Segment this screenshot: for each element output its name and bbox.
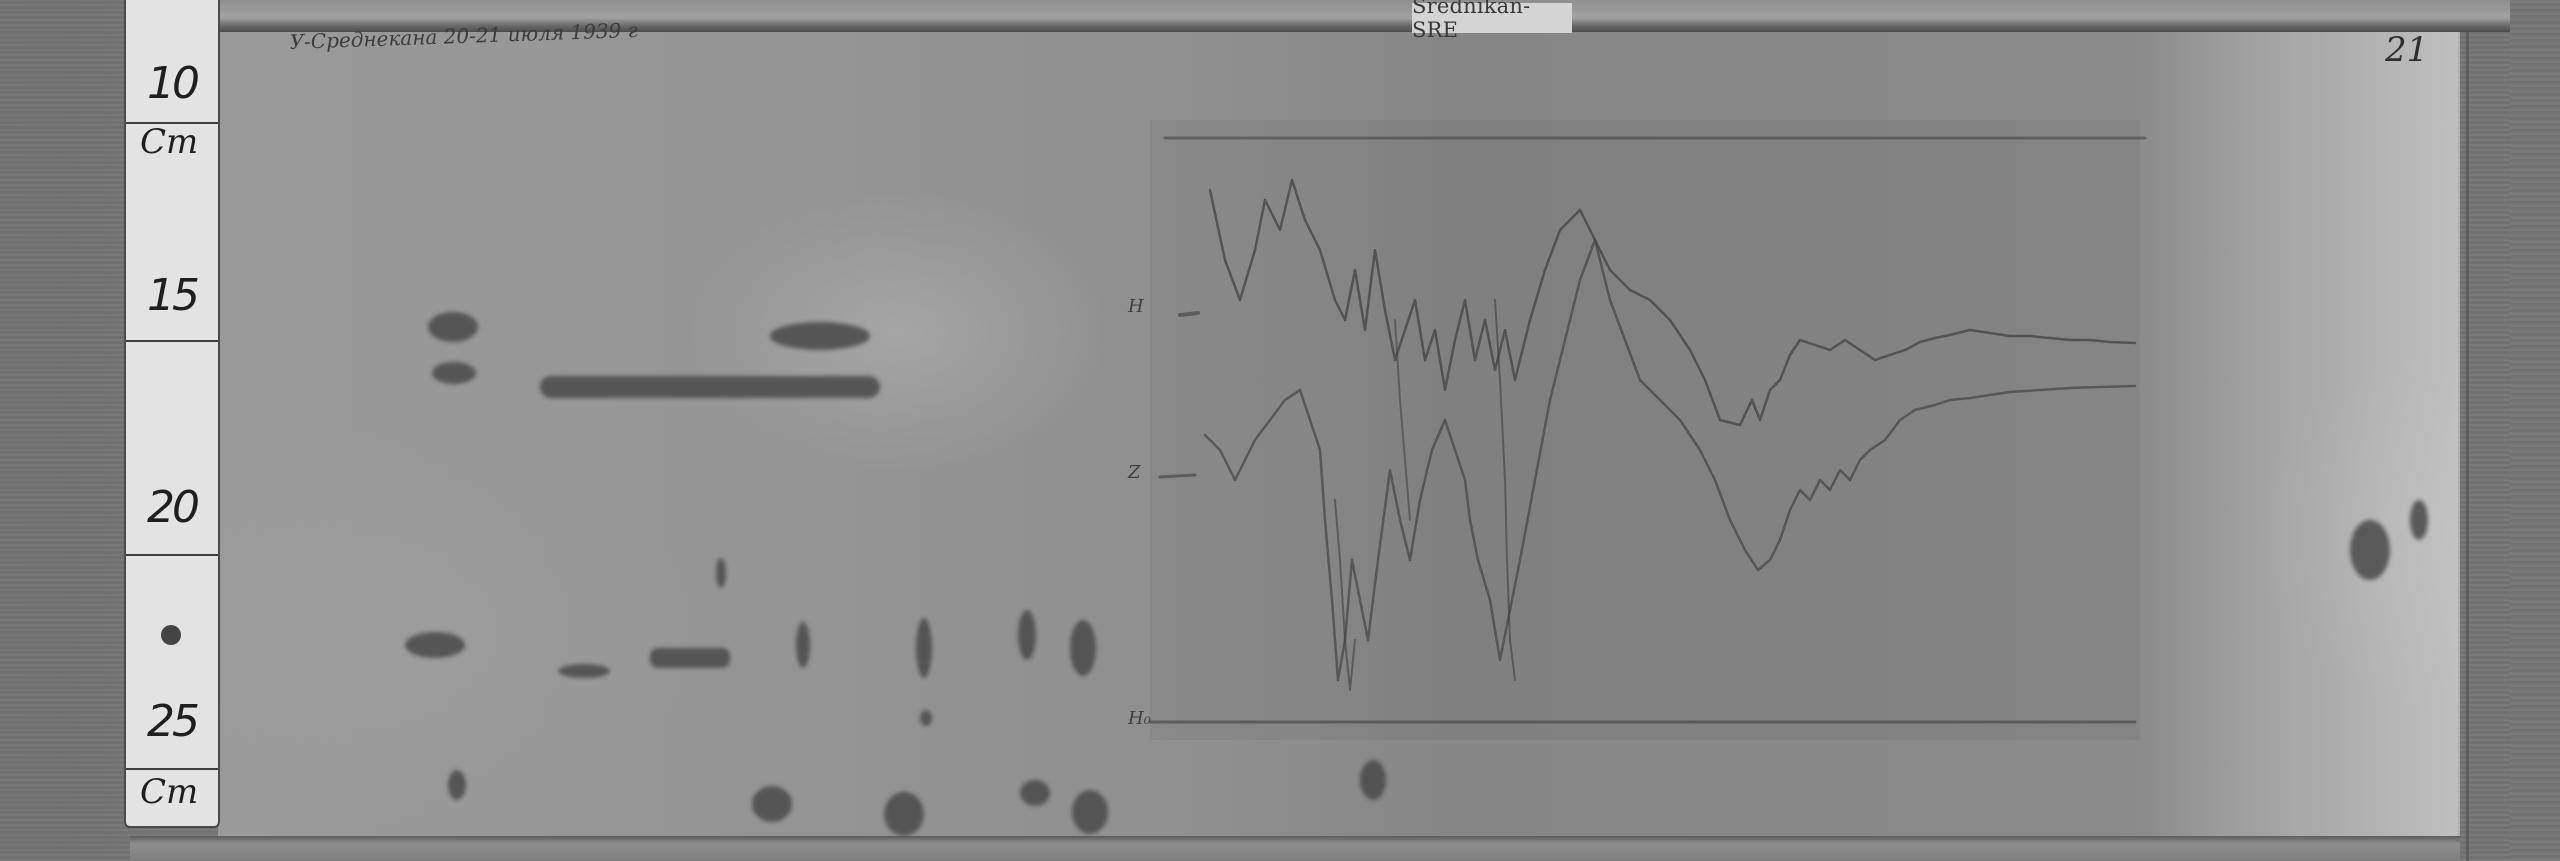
trace-label-z: Z (1128, 462, 1141, 483)
spike-trace (1395, 320, 1410, 520)
spike-trace (1335, 500, 1355, 690)
spike-trace (1495, 300, 1515, 680)
trace-label-h: H (1128, 296, 1144, 317)
h-marker (1180, 313, 1198, 315)
z-marker (1160, 475, 1195, 477)
trace-label-h0: H₀ (1128, 708, 1151, 729)
magnetogram-traces (0, 0, 2560, 861)
lower-trace (1205, 240, 2135, 680)
upper-trace (1210, 180, 2135, 425)
